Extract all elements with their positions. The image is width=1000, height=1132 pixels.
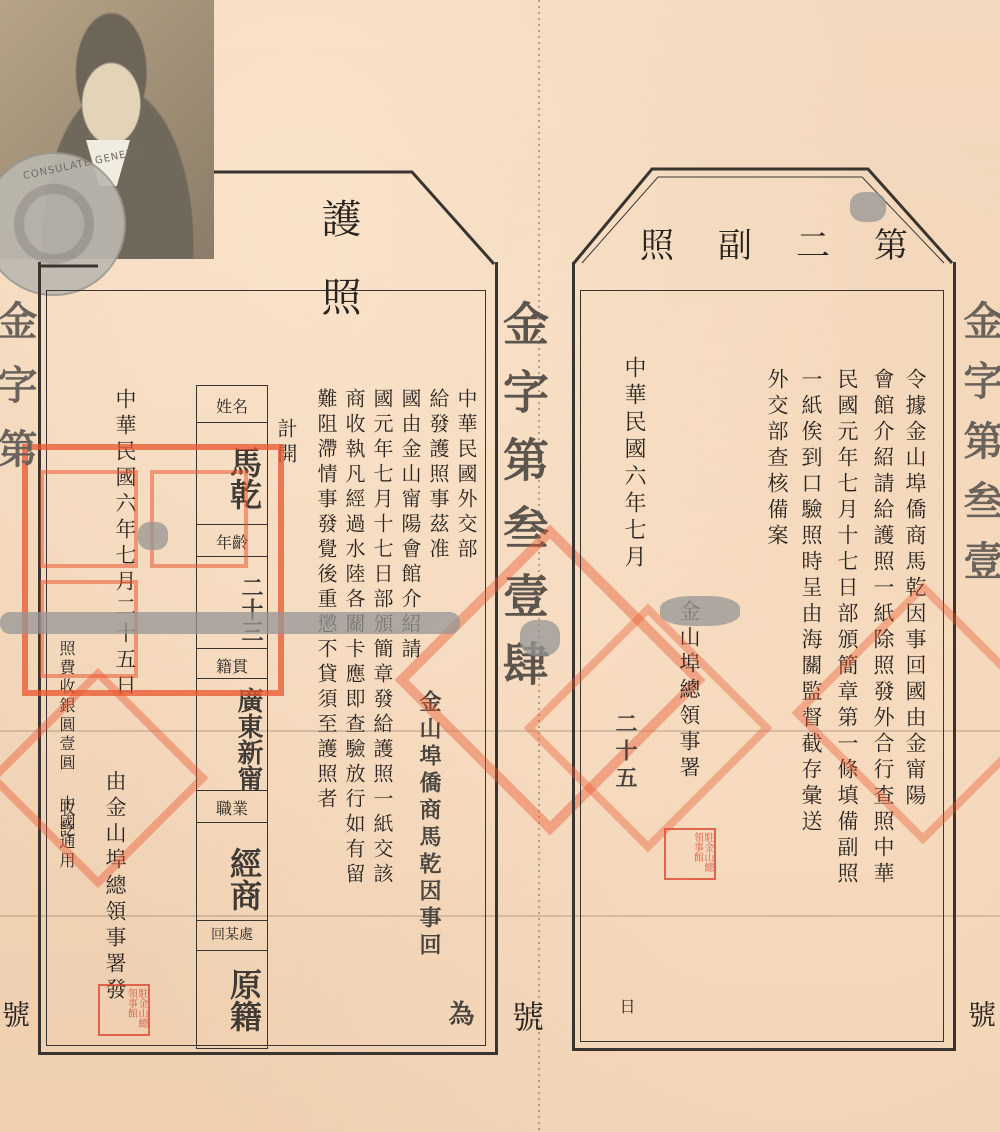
passport-body-col-2: 給發護照事茲准 [428, 388, 448, 563]
tape-residue [850, 192, 886, 222]
counterfoil-col-3: 民國元年七月十七日部頒簡章第一條填備副照 [836, 368, 857, 888]
left-edge-suffix: 號 [0, 1000, 28, 1028]
occupation-value: 經商 [197, 834, 267, 924]
tape-residue [138, 522, 168, 550]
passport-body-col-5: 商收執凡經過水陸各關卡應即查驗放行如有留 [344, 388, 364, 888]
right-edge-serial: 金字第叁壹 [960, 300, 1000, 600]
counterfoil-day-label: 日 [618, 998, 634, 1019]
counterfoil-col-5: 外交部查核備案 [766, 368, 787, 550]
tape-residue [0, 612, 460, 634]
destination-label: 回某處 [197, 924, 267, 944]
tape-residue [660, 596, 740, 626]
tape-residue [520, 620, 560, 656]
issuer-seal-left: 駐金山總領事館 [98, 984, 150, 1036]
serial-suffix: 號 [510, 1000, 542, 1032]
passport-body-col-4: 國元年七月十七日部頒簡章發給護照一紙交該 [372, 388, 392, 888]
passport-body-col-1: 中華民國外交部 [456, 388, 476, 563]
passport-header-frame [38, 168, 498, 268]
issuer-seal-right: 駐金山總領事館 [664, 828, 716, 880]
seal-glyph [150, 470, 248, 568]
right-edge-suffix: 號 [966, 1000, 994, 1028]
left-edge-serial: 金字第 [0, 300, 34, 492]
seal-glyph [40, 470, 138, 568]
passport-body-col-6: 難阻滯情事發覺後重懲不貸須至護照者 [316, 388, 336, 813]
passport-wei-char: 為 [446, 1000, 472, 1031]
counterfoil-date: 中華民國六年七月 [622, 356, 644, 572]
occupation-label: 職業 [197, 796, 267, 819]
destination-value: 原籍 [197, 960, 267, 1040]
passport-holder-col: 金山埠僑商馬乾因事回 [418, 690, 440, 960]
passport-title: 護照 [318, 198, 358, 354]
counterfoil-title: 第二副照 [640, 218, 952, 267]
name-label: 姓名 [197, 394, 267, 417]
counterfoil-col-4: 一紙俟到口驗照時呈由海關監督截存彙送 [800, 368, 821, 836]
